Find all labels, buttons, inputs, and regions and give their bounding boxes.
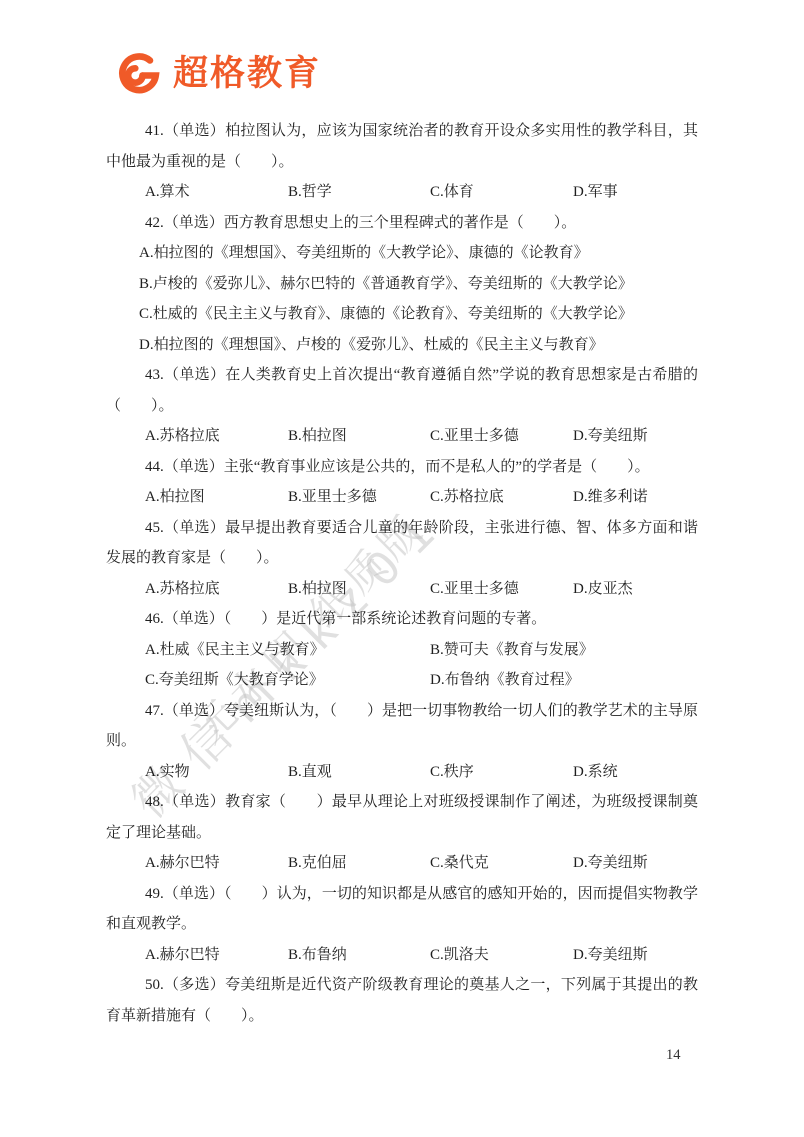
brand-g-spiral-icon — [116, 50, 164, 98]
option: B.哲学 — [288, 177, 430, 208]
option: C.秩序 — [430, 757, 573, 788]
question-text: 46.（单选）（ ）是近代第一部系统论述教育问题的专著。 — [106, 604, 698, 635]
option: C.亚里士多德 — [430, 421, 573, 452]
question-block: 48.（单选）教育家（ ）最早从理论上对班级授课制作了阐述，为班级授课制奠定了理… — [106, 787, 698, 879]
option: A.柏拉图的《理想国》、夸美纽斯的《大教学论》、康德的《论教育》 — [106, 238, 698, 269]
option: B.柏拉图 — [288, 574, 430, 605]
option: D.维多利诺 — [573, 482, 698, 513]
question-number-label: 43.（单选） — [145, 367, 225, 383]
options-group: A.实物B.直观C.秩序D.系统 — [106, 757, 698, 788]
option: D.夸美纽斯 — [573, 421, 698, 452]
question-text: 45.（单选）最早提出教育要适合儿童的年龄阶段，主张进行德、智、体多方面和谐发展… — [106, 513, 698, 574]
option: B.赞可夫《教育与发展》 — [430, 635, 698, 666]
option: D.军事 — [573, 177, 698, 208]
option: C.桑代克 — [430, 848, 573, 879]
option: A.赫尔巴特 — [145, 940, 288, 971]
option: B.亚里士多德 — [288, 482, 430, 513]
question-number-label: 44.（单选） — [145, 459, 224, 475]
option: A.柏拉图 — [145, 482, 288, 513]
question-block: 42.（单选）西方教育思想史上的三个里程碑式的著作是（ ）。A.柏拉图的《理想国… — [106, 208, 698, 361]
option: B.柏拉图 — [288, 421, 430, 452]
options-group: A.杜威《民主主义与教育》B.赞可夫《教育与发展》C.夸美纽斯《大教育学论》D.… — [106, 635, 698, 696]
option: B.布鲁纳 — [288, 940, 430, 971]
question-number-label: 42.（单选） — [145, 215, 224, 231]
option: A.杜威《民主主义与教育》 — [145, 635, 430, 666]
option: C.亚里士多德 — [430, 574, 573, 605]
option: A.苏格拉底 — [145, 421, 288, 452]
question-block: 43.（单选）在人类教育史上首次提出“教育遵循自然”学说的教育思想家是古希腊的（… — [106, 360, 698, 452]
options-group: A.赫尔巴特B.布鲁纳C.凯洛夫D.夸美纽斯 — [106, 940, 698, 971]
options-group: A.苏格拉底B.柏拉图C.亚里士多德D.夸美纽斯 — [106, 421, 698, 452]
question-body: 主张“教育事业应该是公共的，而不是私人的”的学者是（ ）。 — [224, 459, 650, 475]
question-block: 50.（多选）夸美纽斯是近代资产阶级教育理论的奠基人之一，下列属于其提出的教育革… — [106, 970, 698, 1031]
question-body: （ ）是近代第一部系统论述教育问题的专著。 — [224, 611, 547, 627]
option: C.苏格拉底 — [430, 482, 573, 513]
option: B.直观 — [288, 757, 430, 788]
option: A.赫尔巴特 — [145, 848, 288, 879]
question-text: 48.（单选）教育家（ ）最早从理论上对班级授课制作了阐述，为班级授课制奠定了理… — [106, 787, 698, 848]
question-number-label: 50.（多选） — [145, 977, 225, 993]
option: D.柏拉图的《理想国》、卢梭的《爱弥儿》、杜威的《民主主义与教育》 — [106, 330, 698, 361]
option: D.系统 — [573, 757, 698, 788]
option: C.夸美纽斯《大教育学论》 — [145, 665, 430, 696]
page-number: 14 — [666, 1044, 681, 1066]
question-text: 47.（单选）夸美纽斯认为，（ ）是把一切事物教给一切人们的教学艺术的主导原则。 — [106, 696, 698, 757]
question-number-label: 49.（单选） — [145, 886, 224, 902]
question-text: 44.（单选）主张“教育事业应该是公共的，而不是私人的”的学者是（ ）。 — [106, 452, 698, 483]
options-group: A.柏拉图的《理想国》、夸美纽斯的《大教学论》、康德的《论教育》B.卢梭的《爱弥… — [106, 238, 698, 360]
option: C.凯洛夫 — [430, 940, 573, 971]
question-text: 42.（单选）西方教育思想史上的三个里程碑式的著作是（ ）。 — [106, 208, 698, 239]
question-block: 45.（单选）最早提出教育要适合儿童的年龄阶段，主张进行德、智、体多方面和谐发展… — [106, 513, 698, 605]
question-number-label: 48.（单选） — [145, 794, 225, 810]
document-page: 无水印 纸质版 微信mkkz01 超格教育 41.（单选）柏拉图认为，应该为国家… — [0, 0, 804, 1137]
question-number-label: 41.（单选） — [145, 123, 225, 139]
option: A.算术 — [145, 177, 288, 208]
option: B.卢梭的《爱弥儿》、赫尔巴特的《普通教育学》、夸美纽斯的《大教学论》 — [106, 269, 698, 300]
question-block: 47.（单选）夸美纽斯认为，（ ）是把一切事物教给一切人们的教学艺术的主导原则。… — [106, 696, 698, 788]
options-group: A.苏格拉底B.柏拉图C.亚里士多德D.皮亚杰 — [106, 574, 698, 605]
question-text: 43.（单选）在人类教育史上首次提出“教育遵循自然”学说的教育思想家是古希腊的（… — [106, 360, 698, 421]
option: D.夸美纽斯 — [573, 848, 698, 879]
question-text: 41.（单选）柏拉图认为，应该为国家统治者的教育开设众多实用性的教学科目，其中他… — [106, 116, 698, 177]
question-number-label: 46.（单选） — [145, 611, 224, 627]
question-number-label: 47.（单选） — [145, 703, 224, 719]
questions: 41.（单选）柏拉图认为，应该为国家统治者的教育开设众多实用性的教学科目，其中他… — [106, 116, 698, 1031]
option: B.克伯屈 — [288, 848, 430, 879]
option: D.夸美纽斯 — [573, 940, 698, 971]
options-group: A.赫尔巴特B.克伯屈C.桑代克D.夸美纽斯 — [106, 848, 698, 879]
question-number-label: 45.（单选） — [145, 520, 225, 536]
options-group: A.算术B.哲学C.体育D.军事 — [106, 177, 698, 208]
question-block: 46.（单选）（ ）是近代第一部系统论述教育问题的专著。A.杜威《民主主义与教育… — [106, 604, 698, 696]
option: C.杜威的《民主主义与教育》、康德的《论教育》、夸美纽斯的《大教学论》 — [106, 299, 698, 330]
question-body: 西方教育思想史上的三个里程碑式的著作是（ ）。 — [224, 215, 577, 231]
question-text: 49.（单选）（ ）认为，一切的知识都是从感官的感知开始的，因而提倡实物教学和直… — [106, 879, 698, 940]
question-text: 50.（多选）夸美纽斯是近代资产阶级教育理论的奠基人之一，下列属于其提出的教育革… — [106, 970, 698, 1031]
option: A.苏格拉底 — [145, 574, 288, 605]
brand-logo: 超格教育 — [116, 50, 321, 98]
option: A.实物 — [145, 757, 288, 788]
option: D.皮亚杰 — [573, 574, 698, 605]
options-group: A.柏拉图B.亚里士多德C.苏格拉底D.维多利诺 — [106, 482, 698, 513]
question-block: 44.（单选）主张“教育事业应该是公共的，而不是私人的”的学者是（ ）。A.柏拉… — [106, 452, 698, 513]
question-block: 49.（单选）（ ）认为，一切的知识都是从感官的感知开始的，因而提倡实物教学和直… — [106, 879, 698, 971]
option: D.布鲁纳《教育过程》 — [430, 665, 698, 696]
brand-name: 超格教育 — [173, 50, 321, 98]
option: C.体育 — [430, 177, 573, 208]
question-block: 41.（单选）柏拉图认为，应该为国家统治者的教育开设众多实用性的教学科目，其中他… — [106, 116, 698, 208]
